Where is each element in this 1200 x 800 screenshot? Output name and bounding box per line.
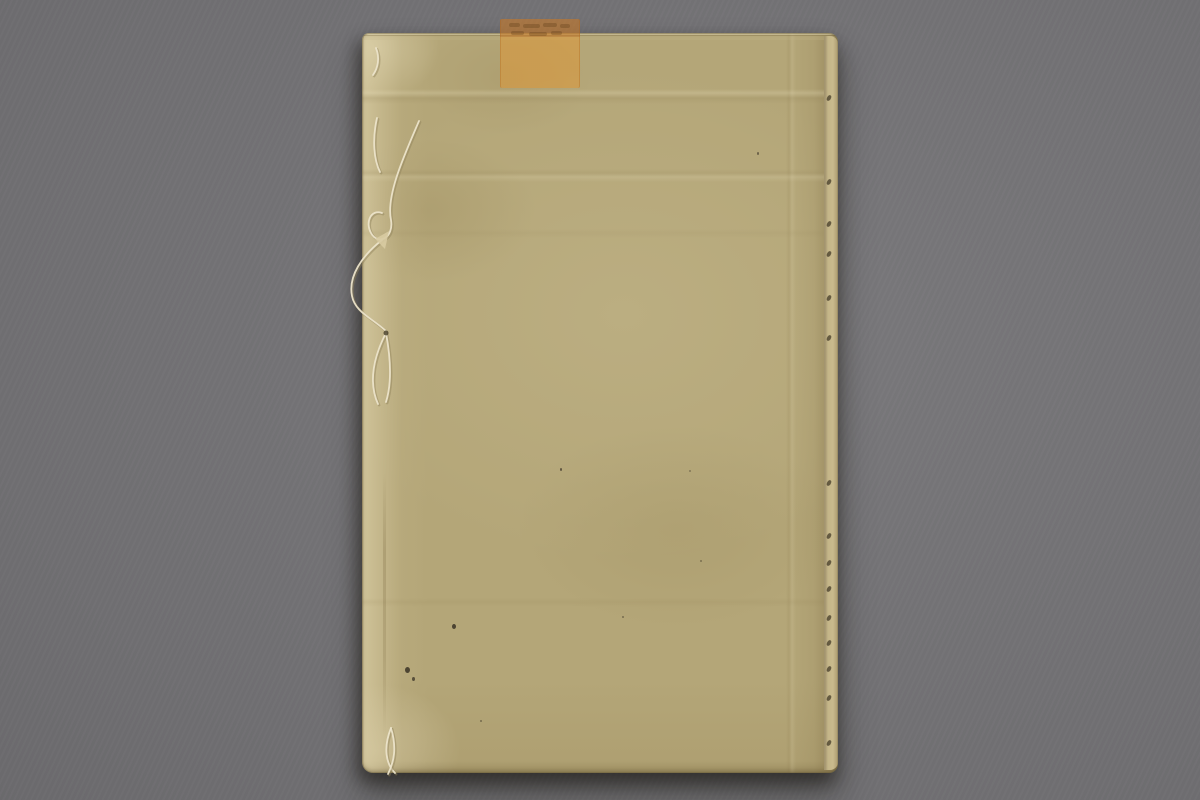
foxing-spot — [560, 468, 562, 471]
fore-edge-ink-mark — [826, 480, 832, 487]
book-cover — [362, 33, 838, 773]
fore-edge-ink-mark — [826, 586, 832, 593]
fore-edge-ink-mark — [826, 251, 832, 258]
fore-edge-ink-mark — [826, 740, 832, 747]
fore-edge-ink-mark — [826, 179, 832, 186]
fore-edge-ink-mark — [826, 666, 832, 673]
fore-edge-ink-mark — [826, 295, 832, 302]
photo-backdrop — [0, 0, 1200, 800]
fore-edge-ink-mark — [826, 615, 832, 622]
tape-faded-marking — [543, 23, 557, 27]
fore-edge-ink-mark — [826, 695, 832, 702]
tape-residue — [500, 19, 580, 88]
foxing-spot — [452, 624, 456, 629]
foxing-spot — [405, 667, 410, 673]
foxing-spot — [757, 152, 759, 155]
fore-edge-ink-mark — [826, 221, 832, 228]
fore-edge-ink-mark — [826, 640, 832, 647]
tape-faded-marking — [529, 32, 547, 36]
foxing-spot — [412, 677, 415, 681]
page-fore-edge — [824, 36, 838, 770]
foxing-spot — [689, 470, 691, 472]
fore-edge-ink-mark — [826, 533, 832, 540]
foxing-spot — [700, 560, 702, 562]
tape-faded-marking — [511, 31, 524, 35]
tape-faded-marking — [560, 24, 570, 28]
fore-edge-ink-mark — [826, 95, 832, 102]
spine-crease-line — [383, 473, 386, 735]
fore-edge-ink-mark — [826, 335, 832, 342]
tape-faded-marking — [523, 24, 540, 28]
foxing-spot — [622, 616, 624, 618]
fore-edge-ink-mark — [826, 560, 832, 567]
tape-faded-marking — [509, 23, 520, 27]
tape-faded-marking — [551, 31, 562, 35]
foxing-spot — [480, 720, 482, 722]
